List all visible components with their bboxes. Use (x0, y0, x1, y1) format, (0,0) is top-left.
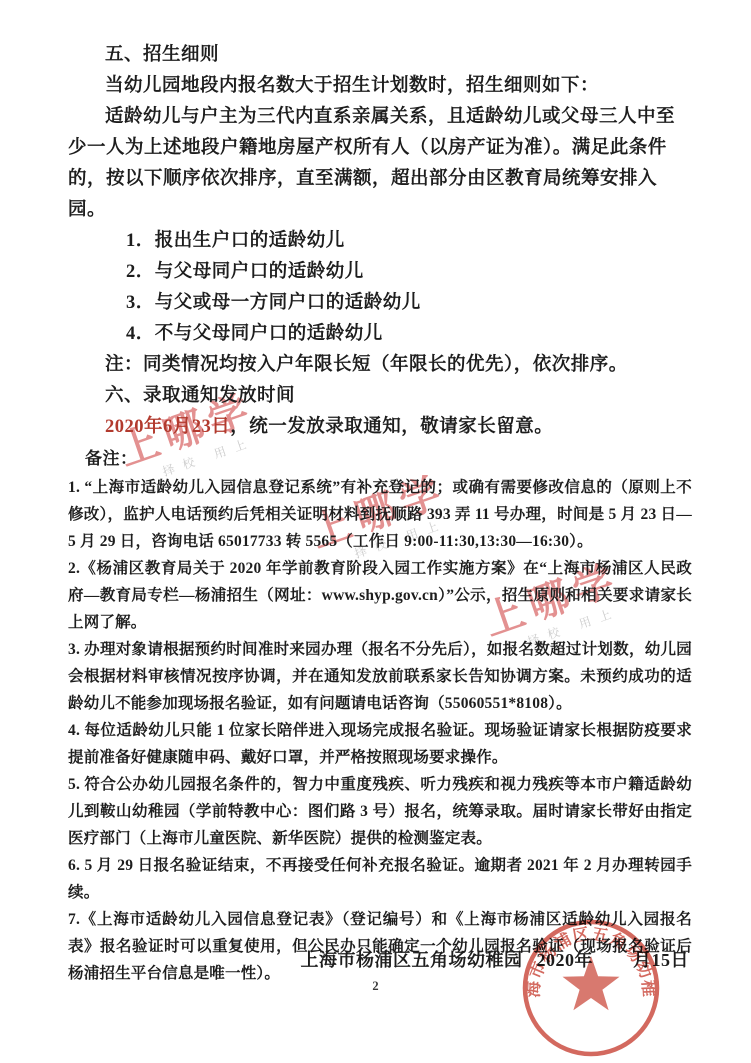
priority-note: 注：同类情况均按入户年限长短（年限长的优先），依次排序。 (68, 350, 692, 381)
remarks-section: 1. “上海市适龄幼儿入园信息登记系统”有补充登记的；或确有需要修改信息的（原则… (68, 474, 692, 987)
section5-heading: 五、招生细则 (68, 40, 692, 71)
notice-date-line: 2020年6月23日，统一发放录取通知，敬请家长留意。 (68, 412, 692, 443)
priority-list: 1．报出生户口的适龄幼儿 2．与父母同户口的适龄幼儿 3．与父或母一方同户口的适… (68, 226, 692, 350)
section6-heading: 六、录取通知发放时间 (68, 381, 692, 412)
section5-intro: 当幼儿园地段内报名数大于招生计划数时，招生细则如下： (68, 71, 692, 102)
signature-line: 上海市杨浦区五角场幼稚园2020年月15日 (301, 946, 690, 972)
notice-date-rest: ，统一发放录取通知，敬请家长留意。 (230, 417, 553, 437)
priority-item-3: 3．与父或母一方同户口的适龄幼儿 (126, 288, 692, 319)
remark-1: 1. “上海市适龄幼儿入园信息登记系统”有补充登记的；或确有需要修改信息的（原则… (68, 474, 692, 555)
remark-5: 5. 符合公办幼儿园报名条件的，智力中重度残疾、听力残疾和视力残疾等本市户籍适龄… (68, 771, 692, 852)
remark-3: 3. 办理对象请根据预约时间准时来园办理（报名不分先后），如报名数超过计划数，幼… (68, 636, 692, 717)
priority-item-1: 1．报出生户口的适龄幼儿 (126, 226, 692, 257)
signature-date-prefix: 2020年 (537, 950, 594, 970)
page-number: 2 (0, 979, 751, 994)
document-body: 五、招生细则 当幼儿园地段内报名数大于招生计划数时，招生细则如下： 适龄幼儿与户… (68, 40, 692, 987)
signer-name: 上海市杨浦区五角场幼稚园 (301, 950, 523, 970)
priority-item-4: 4．不与父母同户口的适龄幼儿 (126, 319, 692, 350)
remark-4: 4. 每位适龄幼儿只能 1 位家长陪伴进入现场完成报名验证。现场验证请家长根据防… (68, 717, 692, 771)
enrollment-rules-section: 五、招生细则 当幼儿园地段内报名数大于招生计划数时，招生细则如下： 适龄幼儿与户… (68, 40, 692, 443)
remark-6: 6. 5 月 29 日报名验证结束，不再接受任何补充报名验证。逾期者 2021 … (68, 852, 692, 906)
remarks-heading: 备注： (85, 445, 692, 472)
section5-condition: 适龄幼儿与户主为三代内直系亲属关系，且适龄幼儿或父母三人中至少一人为上述地段户籍… (68, 102, 692, 226)
signature-date-suffix: 月15日 (633, 950, 689, 970)
priority-item-2: 2．与父母同户口的适龄幼儿 (126, 257, 692, 288)
document-page: 上哪学 择校 用上 上哪学 择校 用上 上哪学 择校 用上 五、招生细则 当幼儿… (0, 0, 751, 1063)
remark-2: 2.《杨浦区教育局关于 2020 年学前教育阶段入园工作实施方案》在“上海市杨浦… (68, 555, 692, 636)
notice-date: 2020年6月23日 (105, 417, 230, 437)
